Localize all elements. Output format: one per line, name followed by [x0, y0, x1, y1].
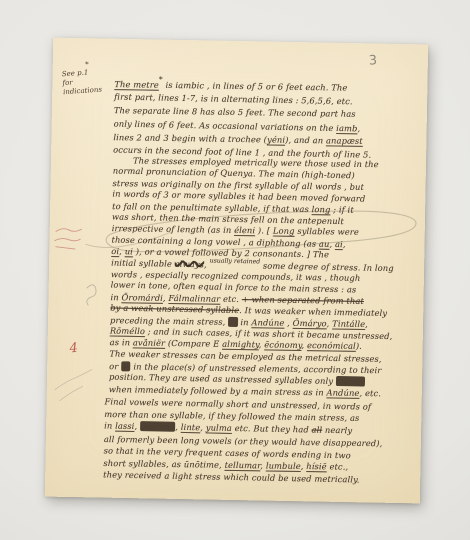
manuscript-text: The metre* is iambic , in lines of 5 or …: [45, 38, 428, 504]
text-segment: ,: [357, 123, 360, 133]
underlined-text: lumbule: [266, 460, 301, 471]
text-segment: , etc.: [359, 388, 381, 398]
text-segment: as in: [110, 337, 133, 347]
text-segment: (Compare E: [165, 338, 222, 349]
text-segment: or: [109, 361, 121, 371]
manuscript-line: in lassi, únótime, linte, yulma etc. But…: [104, 421, 352, 436]
underlined-text: económical: [307, 340, 356, 351]
text-segment: short syllables, as ūnōtime,: [103, 458, 224, 470]
underlined-text: iamb: [336, 123, 357, 133]
text-segment: ; if it: [330, 204, 354, 214]
underlined-text: oi: [111, 246, 119, 256]
text-segment: The separate line 8 has also 5 feet. The…: [114, 105, 356, 119]
underlined-text: Fálmalinnar: [168, 293, 220, 304]
text-segment: ,: [365, 319, 368, 329]
text-segment: etc.,: [327, 461, 349, 471]
manuscript-line: The metre* is iambic , in lines of 5 or …: [114, 79, 347, 93]
manuscript-line: only lines of 6 feet. As occasional vari…: [114, 118, 361, 133]
text-segment: . It was weaker when immediately: [239, 305, 387, 318]
underlined-text: Andúne: [326, 388, 359, 398]
text-segment: etc. But they had: [232, 423, 312, 435]
manuscript-paper: 3 * See p.1 for indications 4 The metre*…: [45, 38, 428, 504]
underlined-text: Tintálle: [332, 318, 365, 328]
underlined-text: ēcónomy: [264, 340, 301, 351]
underlined-text: lassi: [115, 421, 135, 431]
asterisk-mark: *: [159, 75, 163, 84]
ink-blot: mainly: [336, 376, 365, 387]
ink-blot: as: [228, 316, 238, 326]
text-segment: lines 2 and 3 begin with a trochee (: [113, 132, 267, 144]
underlined-text: Long: [273, 226, 295, 236]
inserted-text: usually retained: [210, 257, 261, 265]
underlined-text: hísië: [306, 461, 327, 471]
text-segment: initial syllable: [111, 257, 175, 268]
underlined-text: almighty: [222, 339, 259, 350]
text-segment: is iambic , in lines of 5 or 6 feet each…: [163, 80, 348, 93]
text-segment: ).: [356, 341, 362, 351]
underlined-text: Ōromárdi: [121, 292, 163, 303]
underlined-text: Andúne: [251, 317, 284, 327]
text-segment: etc.: [220, 294, 242, 304]
underlined-text: Ōmáryo: [293, 317, 327, 328]
photo-background: 3 * See p.1 for indications 4 The metre*…: [0, 0, 470, 540]
text-segment: ,: [343, 239, 346, 249]
text-segment: syllables were: [295, 226, 359, 237]
underlined-text: yulma: [206, 423, 232, 434]
underlined-text: Rōméllo: [110, 325, 145, 336]
underlined-text: avā́niër: [133, 338, 165, 348]
text-segment: when immediately followed by a main stre…: [109, 384, 327, 397]
text-segment: they received a light stress which could…: [103, 470, 360, 485]
manuscript-line: when immediately followed by a main stre…: [109, 384, 381, 398]
underlined-text: The metre: [114, 79, 159, 90]
text-segment: in: [104, 421, 115, 431]
text-segment: irrespective of length (as in: [112, 223, 235, 235]
text-segment: preceding the main stress,: [110, 315, 228, 327]
text-segment: only lines of 6 feet. As occasional vari…: [114, 118, 337, 132]
text-segment: nearly: [322, 425, 352, 436]
manuscript-line: The separate line 8 has also 5 feet. The…: [114, 105, 356, 119]
underlined-text: linte: [181, 422, 201, 432]
text-segment: first part, lines 1-7, is in alternating…: [114, 92, 353, 107]
underlined-text: au: [319, 238, 330, 248]
underlined-text: éleni: [234, 225, 255, 235]
underlined-text: tellumar: [225, 460, 261, 471]
text-segment: in: [110, 292, 121, 302]
text-segment: in: [238, 317, 252, 327]
manuscript-line: they received a light stress which could…: [103, 470, 360, 485]
ink-blot: únótime: [140, 421, 175, 432]
manuscript-line: lines 2 and 3 begin with a trochee (yéni…: [113, 132, 363, 146]
manuscript-line: first part, lines 1-7, is in alternating…: [114, 92, 353, 107]
text-segment: ). [: [255, 226, 273, 236]
underlined-text: anapæst: [326, 135, 363, 146]
struck-text: by a weak unstressed syllable: [110, 303, 239, 316]
struck-text: + when separated from that: [242, 294, 364, 306]
underlined-text: ui: [125, 246, 133, 256]
underlined-text: long: [312, 204, 331, 214]
text-segment: ,: [284, 317, 292, 327]
text-segment: ), and an: [285, 135, 326, 146]
underlined-text: yéni: [267, 134, 285, 144]
struck-text: all: [311, 425, 322, 435]
struck-text: always: [175, 258, 205, 269]
